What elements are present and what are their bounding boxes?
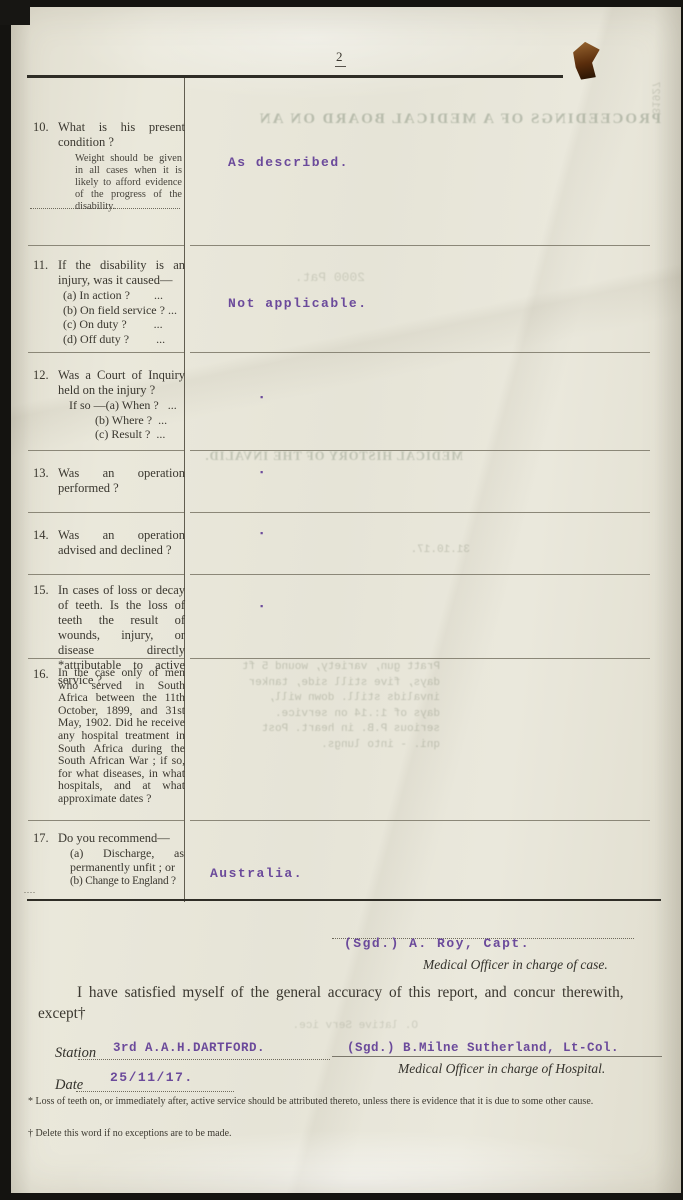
question-12: 12. Was a Court of Inquiry held on the i… [33, 368, 185, 442]
row-divider [28, 820, 184, 821]
row-divider [190, 245, 650, 246]
question-14: 14. Was an operation advised and decline… [33, 528, 185, 558]
bleedthrough-line: qni. - into lungs. [188, 738, 440, 754]
question-subitem: (c) Result ? ... [95, 428, 185, 442]
row-divider [190, 658, 650, 659]
question-subitem: (d) Off duty ? ... [63, 333, 185, 347]
scanned-medical-board-form: PROCEEDINGS OF A MEDICAL BOARD ON AN 319… [0, 0, 683, 1200]
answer-q14-ditto: ▪ [259, 529, 264, 539]
scan-corner-shadow [0, 0, 30, 25]
question-subitem: (a) Discharge, as permanently unfit ; or [70, 847, 184, 874]
bleedthrough-2000: 2000 Pat. [235, 270, 365, 285]
question-subitem: (b) Change to England ? [70, 875, 185, 889]
page-number-underline [335, 66, 346, 67]
date-dotted-line [76, 1091, 234, 1092]
bleedthrough-line: serious P.B. in heart. Post [188, 722, 440, 738]
question-number: 14. [33, 528, 58, 558]
question-text: Was an operation advised and declined ? [58, 528, 185, 558]
question-number: 11. [33, 258, 58, 288]
question-17: 17. Do you recommend— (a) Discharge, as … [33, 831, 185, 889]
question-note: Weight should be given in all cases when… [75, 153, 182, 213]
footnote-dagger: † Delete this word if no exceptions are … [28, 1128, 528, 1141]
bleedthrough-header: PROCEEDINGS OF A MEDICAL BOARD ON AN [193, 111, 661, 128]
signature-hospital-line [332, 1056, 662, 1057]
bleedthrough-line: days of 1:.14 on service. [188, 707, 440, 723]
bleedthrough-line: invalids still. down will, [188, 691, 440, 707]
row-divider [190, 574, 650, 575]
question-subitem: (c) On duty ? ... [63, 318, 185, 332]
answer-q15-ditto: ▪ [259, 602, 264, 612]
row-divider [28, 450, 184, 451]
answer-q10: As described. [228, 155, 349, 170]
question-13: 13. Was an operation performed ? [33, 466, 185, 496]
table-top-rule [27, 75, 563, 78]
question-number: 16. [33, 667, 58, 806]
question-10: 10. What is his present condition ? Weig… [33, 120, 185, 213]
question-subitem: If so —(a) When ? ... [69, 399, 185, 413]
question-11: 11. If the disability is an injury, was … [33, 258, 185, 346]
bleedthrough-typed-block: Pratt gun, variety, wound 5 ft days, fiv… [188, 660, 440, 753]
bleedthrough-line: Pratt gun, variety, wound 5 ft [188, 660, 440, 676]
bleedthrough-serial: 31927 [649, 81, 661, 114]
row-divider [190, 450, 650, 451]
question-text: In the case only of men who served in So… [58, 667, 185, 806]
answer-q17: Australia. [210, 866, 303, 881]
signature-hospital-role: Medical Officer in charge of Hospital. [398, 1061, 605, 1077]
question-number: 17. [33, 831, 58, 846]
signature-case-role: Medical Officer in charge of case. [423, 957, 608, 973]
station-value: 3rd A.A.H.DARTFORD. [113, 1041, 265, 1055]
row-divider [28, 352, 184, 353]
question-number: 13. [33, 466, 58, 496]
bleedthrough-history-heading: MEDICAL HISTORY OF THE INVALID. [193, 449, 463, 464]
footnote-asterisk: * Loss of teeth on, or immediately after… [28, 1096, 683, 1109]
question-text: Do you recommend— [58, 831, 185, 846]
question-subitem: (b) On field service ? ... [63, 304, 185, 318]
row-divider [28, 245, 184, 246]
row-divider [28, 574, 184, 575]
bleedthrough-line: days, five still side, tanker [188, 676, 440, 692]
concur-paragraph-line1: I have satisfied myself of the general a… [77, 984, 624, 1002]
answer-q12-ditto: ▪ [259, 393, 264, 403]
answer-q11: Not applicable. [228, 296, 368, 311]
signature-hospital: (Sgd.) B.Milne Sutherland, Lt-Col. [347, 1041, 619, 1055]
question-text: If the disability is an injury, was it c… [58, 258, 185, 288]
row-divider [28, 512, 184, 513]
date-value: 25/11/17. [110, 1070, 194, 1085]
question-text: What is his present condition ? [58, 120, 185, 150]
question-number: 10. [33, 120, 58, 150]
bleedthrough-service: O. lative Serv ice. [288, 1020, 418, 1032]
station-dotted-line [78, 1059, 330, 1060]
question-number: 12. [33, 368, 58, 398]
question-subitem: (a) In action ? ... [63, 289, 185, 303]
concur-paragraph-line2: except† [38, 1005, 86, 1023]
question-text: Was an operation performed ? [58, 466, 185, 496]
row-divider [190, 352, 650, 353]
question-16: 16. In the case only of men who served i… [33, 667, 185, 806]
page-number: 2 [336, 49, 343, 65]
row-divider [190, 820, 650, 821]
question-text: Was a Court of Inquiry held on the injur… [58, 368, 185, 398]
signature-case: (Sgd.) A. Roy, Capt. [344, 936, 530, 951]
table-bottom-rule [27, 899, 661, 901]
row-divider [190, 512, 650, 513]
bleedthrough-date: 31.10.17. [378, 544, 470, 556]
question-subitem: (b) Where ? ... [95, 414, 185, 428]
answer-q13-ditto: ▪ [259, 468, 264, 478]
